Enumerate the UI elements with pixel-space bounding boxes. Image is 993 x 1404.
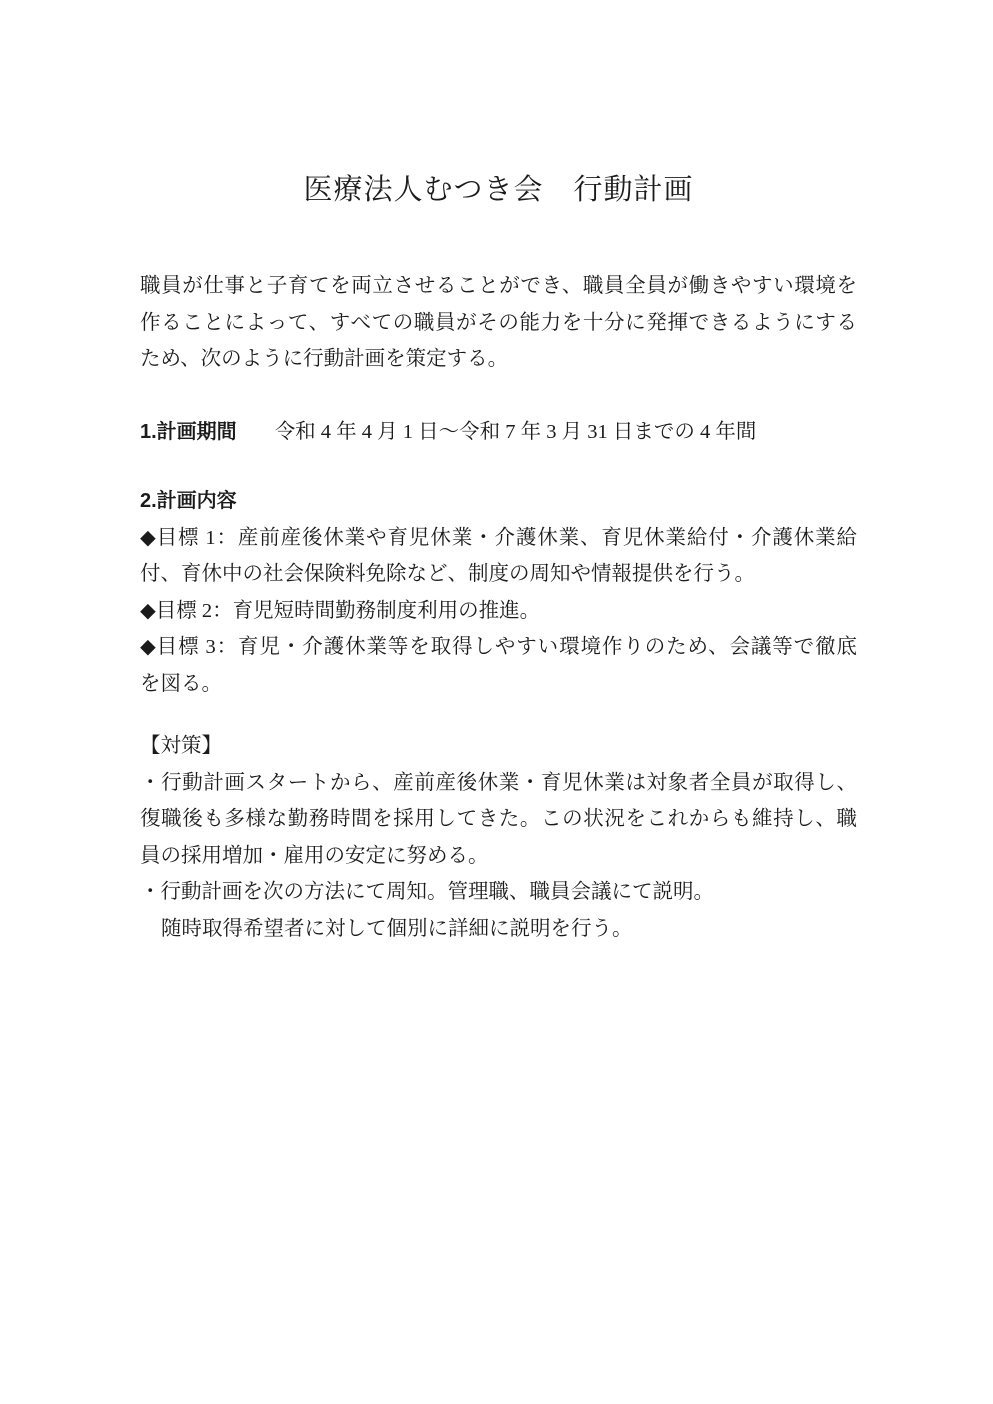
intro-paragraph: 職員が仕事と子育てを両立させることができ、職員全員が働きやすい環境を 作ることに… [140, 268, 857, 378]
section-plan-contents: 2.計画内容 ◆目標 1：産前産後休業や育児休業・介護休業、育児休業給付・介護休… [140, 483, 857, 702]
measure-1-line-3: 員の採用増加・雇用の安定に努める。 [140, 838, 857, 875]
section-plan-period: 1.計画期間令和 4 年 4 月 1 日～令和 7 年 3 月 31 日までの … [140, 414, 857, 451]
measure-1-line-2: 復職後も多様な勤務時間を採用してきた。この状況をこれからも維持し、職 [140, 801, 857, 838]
document-title: 医療法人むつき会 行動計画 [140, 168, 857, 212]
plan-period-value: 令和 4 年 4 月 1 日～令和 7 年 3 月 31 日までの 4 年間 [275, 421, 757, 443]
section-measures: 【対策】 ・行動計画スタートから、産前産後休業・育児休業は対象者全員が取得し、 … [140, 728, 857, 947]
intro-line-1: 職員が仕事と子育てを両立させることができ、職員全員が働きやすい環境を [140, 268, 857, 305]
document-content: 医療法人むつき会 行動計画 職員が仕事と子育てを両立させることができ、職員全員が… [0, 0, 993, 947]
goal-1-line-1: ◆目標 1：産前産後休業や育児休業・介護休業、育児休業給付・介護休業給 [140, 520, 857, 557]
goal-2: ◆目標 2：育児短時間勤務制度利用の推進。 [140, 593, 857, 630]
measure-item-2-detail: 随時取得希望者に対して個別に詳細に説明を行う。 [140, 911, 857, 948]
goal-3: ◆目標 3：育児・介護休業等を取得しやすい環境作りのため、会議等で徹底 を図る。 [140, 629, 857, 702]
goal-3-line-2: を図る。 [140, 666, 857, 703]
goal-3-line-1: ◆目標 3：育児・介護休業等を取得しやすい環境作りのため、会議等で徹底 [140, 629, 857, 666]
document-page: 医療法人むつき会 行動計画 職員が仕事と子育てを両立させることができ、職員全員が… [0, 0, 993, 1404]
goal-1: ◆目標 1：産前産後休業や育児休業・介護休業、育児休業給付・介護休業給 付、育休… [140, 520, 857, 593]
measures-heading: 【対策】 [140, 728, 857, 765]
plan-period-line: 1.計画期間令和 4 年 4 月 1 日～令和 7 年 3 月 31 日までの … [140, 414, 857, 451]
section2-heading: 2.計画内容 [140, 483, 857, 520]
measure-item-2: ・行動計画を次の方法にて周知。管理職、職員会議にて説明。 [140, 874, 857, 911]
intro-line-3: ため、次のように行動計画を策定する。 [140, 341, 857, 378]
intro-line-2: 作ることによって、すべての職員がその能力を十分に発揮できるようにする [140, 305, 857, 342]
goal-1-line-2: 付、育休中の社会保険料免除など、制度の周知や情報提供を行う。 [140, 556, 857, 593]
measure-1-line-1: ・行動計画スタートから、産前産後休業・育児休業は対象者全員が取得し、 [140, 765, 857, 802]
measure-item-1: ・行動計画スタートから、産前産後休業・育児休業は対象者全員が取得し、 復職後も多… [140, 765, 857, 875]
section1-heading: 1.計画期間 [140, 421, 237, 443]
